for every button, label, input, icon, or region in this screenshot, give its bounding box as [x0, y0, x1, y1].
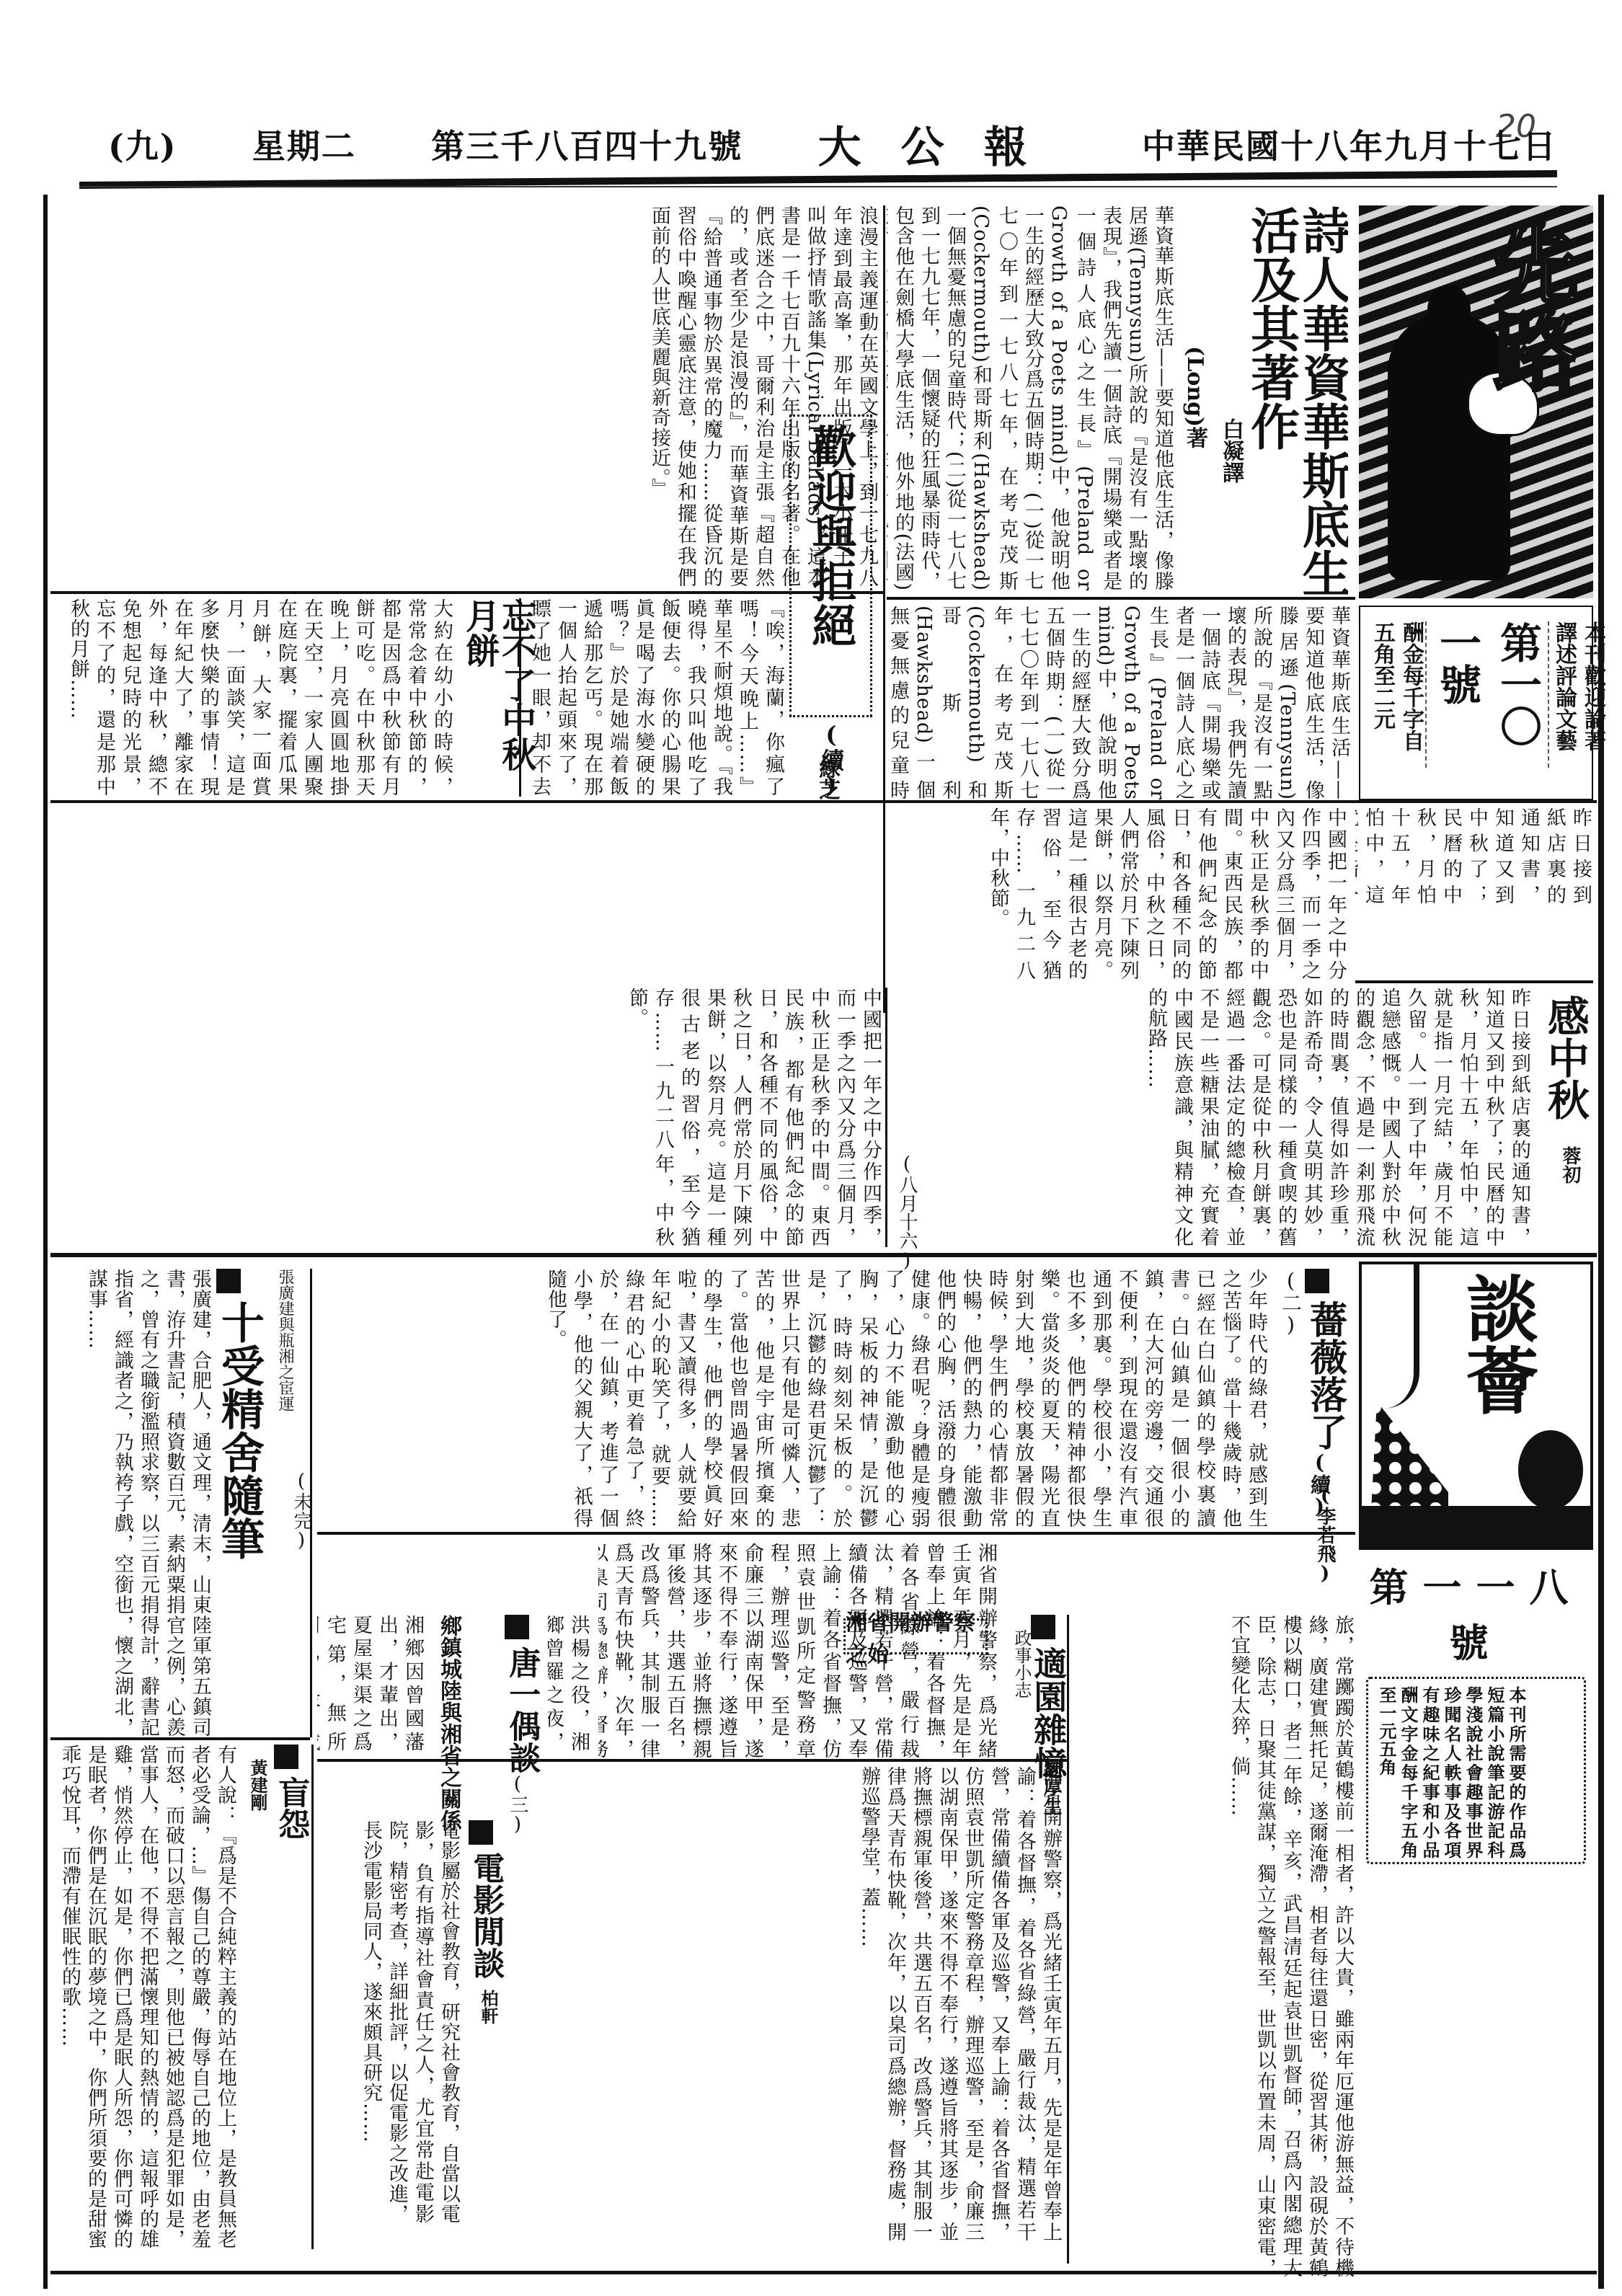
article-subtitle-ten-essays: 張廣建與瓶湘之宦運: [274, 1269, 296, 1411]
article-author-welcome-refuse: 綠芝: [811, 757, 843, 800]
section-marker-icon: [469, 1820, 493, 1845]
article-title-film-chat: 電影閒談: [469, 1852, 502, 1979]
article-body-wordsworth-cont: 華資華斯底生活——要知道他底生活，像滕居遜(Tennysun)所說的『是沒有一點…: [887, 606, 1352, 800]
column-divider: [519, 598, 521, 797]
banner-base: [1362, 1506, 1590, 1550]
fiction-info-box: 第一一八號 本刊所需要的作品爲短篇小說筆記游記科學淺說社會趣事世界珍聞名人軼事及…: [1359, 1557, 1593, 1817]
article-body-mid-autumn-intro: 昨日接到紙店裏的通知書，知道又到中秋了；民曆的中秋，月怕十五，年怕中，這就是指一…: [1355, 807, 1593, 905]
article-body-welcome-refuse: 『唉，海蘭，你瘋了嗎！今天晚上……』華星不耐煩地說。『我曉得，我只叫他吃了飯便去…: [526, 598, 786, 797]
fiction-notice: 本刊所需要的作品爲短篇小說筆記游記科學淺說社會趣事世界珍聞名人軼事及各項有趣味之…: [1375, 1686, 1527, 1859]
divider: [317, 1532, 1355, 1535]
divider: [50, 800, 1597, 803]
column-divider: [311, 1745, 314, 2249]
article-title-casual-talk: 唐一偶談: [505, 1646, 538, 1773]
article-body-mid-autumn-cont: 中國把一年之中分作四季，而一季之內又分爲三個月，中秋正是秋季的中間。東西民族，都…: [50, 988, 883, 1247]
article-body-shiyuan: 旅，常躑躅於黃鶴樓前一相者，許以大貴，雖兩年厄運他游無益，不待機緣，廣建實無托足…: [1074, 1615, 1355, 2278]
blind-resentment-heading: 盲怨: [274, 1745, 307, 1840]
ten-essays-heading: 十受精舍隨筆: [216, 1269, 262, 1560]
newspaper-title: 大公報: [818, 113, 1067, 175]
article-title-countryside: 鄉鎮城陸與湘省之關係: [433, 1615, 464, 1831]
divider: [887, 597, 1355, 600]
article-body-mid-autumn-long: 中國把一年之中分作四季，而一季之內又分爲三個月，中秋正是秋季的中間。東西民族，都…: [50, 807, 1348, 980]
divider: [317, 1759, 1067, 1762]
article-title-mid-autumn: 感中秋: [1543, 995, 1587, 1120]
face-icon: [1518, 1430, 1583, 1510]
article-body-hunan-police: 湘省開辦警察，爲光緒壬寅年五月，先是是年曾奉上諭：着各督撫，着各省綠營，嚴行裁汰…: [598, 1543, 998, 1759]
article-body-wordsworth-part2: 浪漫主義運動在英國文學上，到一七九八年達到最高峯，那年出版了一本小冊子，叫做抒情…: [50, 205, 879, 588]
supplement-separator: [50, 1253, 1597, 1257]
article-author-wordsworth: (Long)著: [1179, 346, 1210, 562]
article-title-mooncake: 忘不了中秋月餅: [461, 598, 534, 797]
article-subtitle-shiyuan: 政事小志: [1009, 1629, 1034, 1698]
article-title-blind-resentment: 盲怨: [274, 1776, 307, 1840]
divider: [50, 1737, 310, 1740]
column-divider: [885, 988, 887, 1247]
masthead: 中華民國十八年九月十七日 大公報 第三千八百四十九號 星期二 (九): [108, 115, 1557, 173]
section-marker-icon: [216, 1269, 241, 1293]
article-body-ten-essays: 張廣建，合肥人，通文理，清末，山東陸軍第五鎮司書，洊升書記，積資數百元，素納粟捐…: [54, 1269, 213, 1737]
article-author-mid-autumn: 蓉初: [1557, 1146, 1584, 1184]
wordsworth-heading: 詩人華資華斯底生活及其著作: [1240, 205, 1348, 598]
info-payment-line-2: 五角至二元: [1368, 621, 1396, 730]
literary-banner-title: 先路: [1479, 220, 1580, 393]
issue-number: 第三千八百四十九號: [431, 120, 743, 168]
article-title-wordsworth: 詩人華資華斯底生活及其著作: [1245, 205, 1348, 598]
article-body-wordsworth: 華資華斯底生活——要知道他底生活，像滕居遜(Tennysun)所說的『是沒有一點…: [887, 205, 1175, 591]
publication-date: 中華民國十八年九月十七日: [1142, 120, 1557, 168]
article-body-countryside: 湘鄉因曾國藩出，才輩出，夏屋渠渠之爲宅第，無所用，落成時……: [317, 1615, 425, 1752]
fiction-banner-illustration: 談薈: [1359, 1262, 1593, 1550]
film-chat-heading: 電影閒談: [469, 1820, 502, 1979]
rose-fallen-heading: 薔薇落了 (續): [1305, 1269, 1344, 1518]
bottom-rule: [50, 2271, 1597, 2274]
chapter-number: (二): [1276, 1269, 1305, 1337]
section-marker-icon: [505, 1615, 529, 1639]
article-title-rose-fallen: 薔薇落了: [1305, 1300, 1344, 1450]
article-author-film-chat: 柏軒: [476, 1990, 501, 2024]
article-translator-wordsworth: 白凝譯: [1215, 418, 1246, 562]
section-marker-icon: [1305, 1269, 1329, 1293]
fiction-issue-number: 第一一八號: [1359, 1557, 1593, 1668]
article-author-blind-resentment: 黃建剛: [245, 1759, 270, 1811]
article-body-rose-fallen: 少年時代的綠君，就感到生之苦惱了。當十幾歲時，他已經在白仙鎮的學校裏讀書。白仙鎮…: [317, 1269, 1269, 1528]
divider: [50, 591, 883, 594]
literary-info-box: 本刊歡迎論著 譯述評論文藝 第一〇一號 酬金每千字自 五角至二元: [1359, 606, 1593, 800]
weekday: 星期二: [252, 120, 356, 168]
article-body-mooncake: 大約在幼小的時候，常常念着中秋節的，都是因爲中秋節有月餅可吃。在中秋那天晚上，月…: [50, 598, 454, 797]
literary-banner-illustration: 先路: [1359, 205, 1593, 598]
article-body-casual-talk: 洪楊之役，湘鄉曾羅之夜，人才輩出，夏屋渠渠之爲宅第，無所用，落成時，曾文正公嘗謂…: [548, 1615, 591, 1752]
article-body-mid-autumn: 昨日接到紙店裏的通知書，知道又到中秋了；民曆的中秋，月怕十五，年怕中，這就是指一…: [890, 988, 1532, 1247]
section-marker-icon: [274, 1745, 298, 1769]
fiction-banner-title: 談薈: [1445, 1272, 1548, 1416]
section-marker-icon: [1031, 1615, 1055, 1639]
divider: [1355, 980, 1593, 983]
article-body-film-chat: 電影屬於社會教育，研究社會教育，自當以電影，負有指導社會責任之人，尤宜常赴電影院…: [317, 1820, 461, 2224]
shiyuan-heading: 適園雜憶: [1031, 1615, 1065, 1779]
info-payment-line-1: 酬金每千字自: [1396, 621, 1425, 751]
header-rule-thin: [79, 186, 1557, 187]
literary-issue-number: 第一〇一號: [1427, 621, 1548, 784]
article-title-ten-essays: 十受精舍隨筆: [216, 1300, 262, 1560]
welcome-refuse-title-box: 歡迎與拒絕: [789, 415, 872, 717]
article-author-rose-fallen: (李若飛): [1312, 1485, 1339, 1584]
dancer-figure-icon: [1383, 1264, 1419, 1409]
article-title-welcome-refuse: 歡迎與拒絕: [807, 424, 854, 647]
article-body-blind-resentment: 有人說：『爲是不合純粹主義的站在地位上，是教員無老者必受論，…』傷自己的尊嚴，侮…: [54, 1745, 238, 2249]
info-notice-line-1: 本刊歡迎論著: [1578, 621, 1607, 751]
page-number: (九): [108, 120, 177, 168]
column-divider: [310, 1269, 312, 1737]
column-divider: [1067, 1615, 1069, 2264]
article-body-hunan-police-cont: 湘省開辦警察，爲光緒壬寅年五月，先是是年曾奉上諭：着各督撫，着各省綠營，嚴行裁汰…: [505, 1766, 1063, 2242]
info-notice-line-2: 譯述評論文藝: [1549, 621, 1578, 751]
